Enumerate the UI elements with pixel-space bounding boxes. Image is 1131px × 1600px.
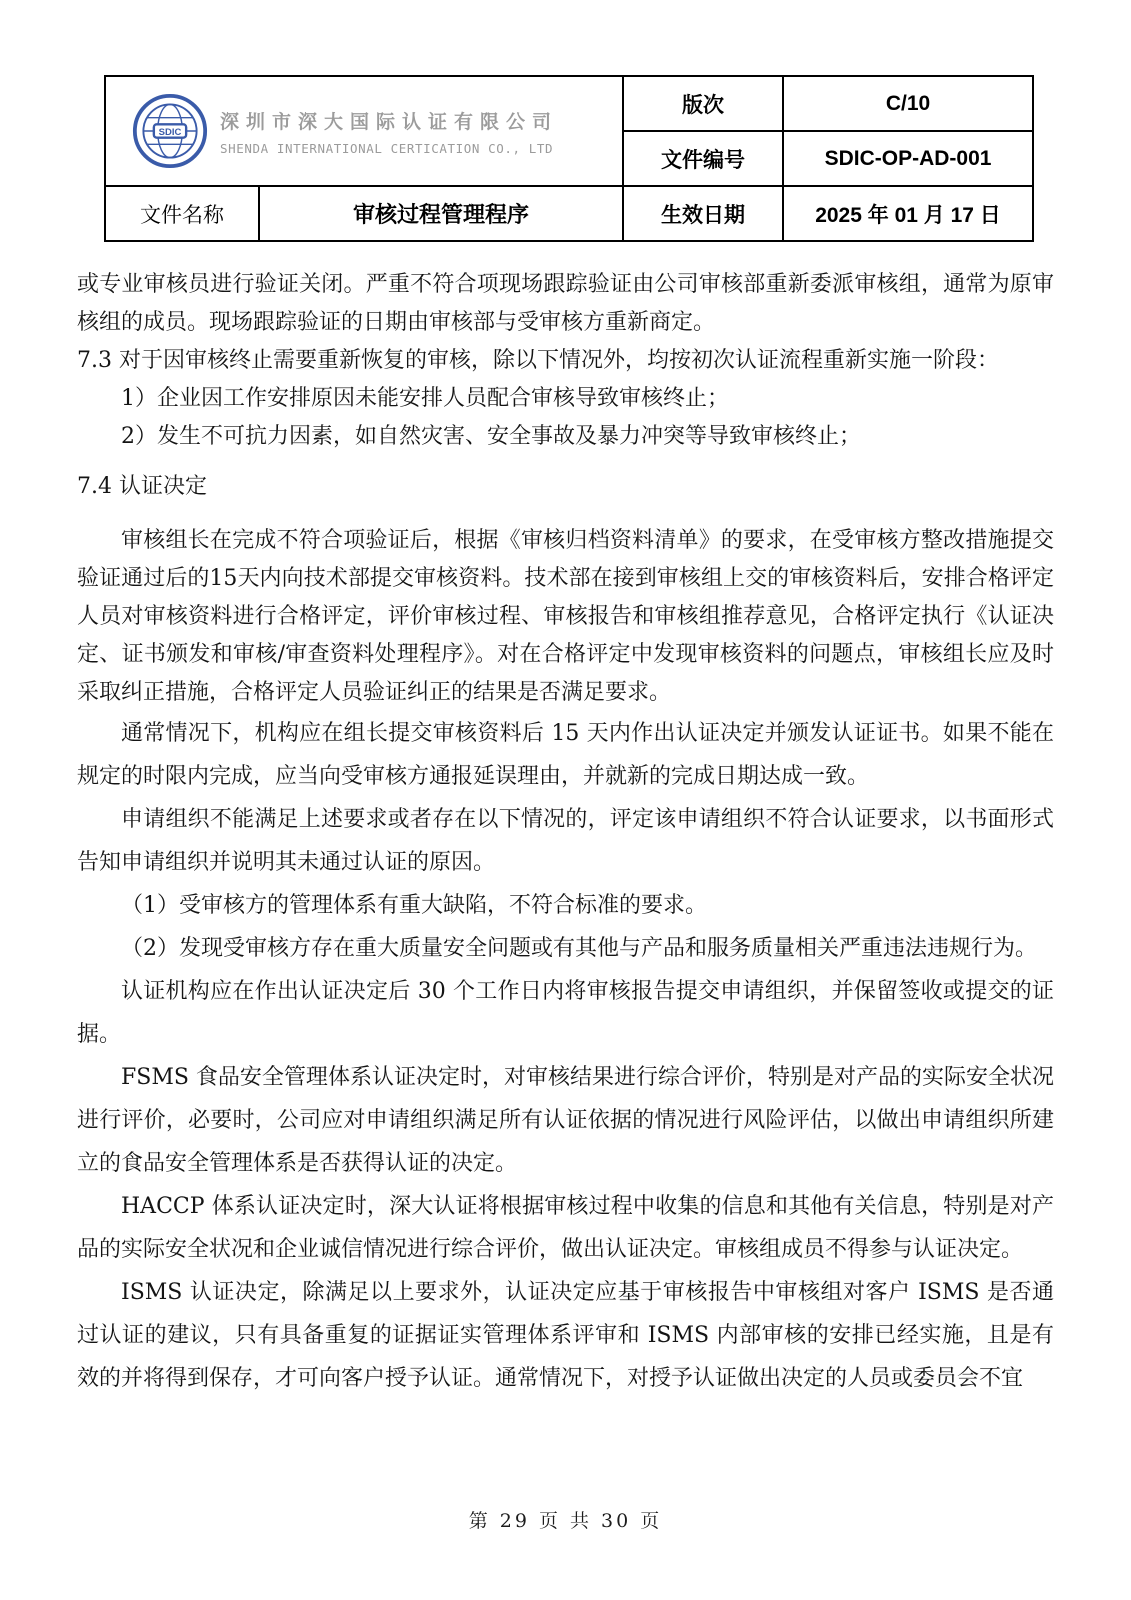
doc-name-value: 审核过程管理程序 [259,186,623,241]
paragraph: FSMS 食品安全管理体系认证决定时，对审核结果进行综合评价，特别是对产品的实际… [77,1056,1054,1185]
version-value: C/10 [783,76,1033,131]
version-label: 版次 [623,76,783,131]
paragraph: 7.4 认证决定 [77,468,1054,506]
paragraph: （1）受审核方的管理体系有重大缺陷，不符合标准的要求。 [77,884,1054,927]
paragraph: （2）发现受审核方存在重大质量安全问题或有其他与产品和服务质量相关严重违法违规行… [77,927,1054,970]
company-name-cn: 深圳市深大国际认证有限公司 [220,107,558,134]
doc-name-label: 文件名称 [105,186,259,241]
doc-number-label: 文件编号 [623,131,783,186]
logo-sdic-text: SDIC [159,127,182,138]
paragraph: 2）发生不可抗力因素，如自然灾害、安全事故及暴力冲突等导致审核终止； [77,418,1054,456]
paragraph: 或专业审核员进行验证关闭。严重不符合项现场跟踪验证由公司审核部重新委派审核组，通… [77,266,1054,342]
paragraph: HACCP 体系认证决定时，深大认证将根据审核过程中收集的信息和其他有关信息，特… [77,1185,1054,1271]
document-body: 或专业审核员进行验证关闭。严重不符合项现场跟踪验证由公司审核部重新委派审核组，通… [77,266,1054,1400]
paragraph: ISMS 认证决定，除满足以上要求外，认证决定应基于审核报告中审核组对客户 IS… [77,1271,1054,1400]
company-header-cell: SDIC 深圳市深大国际认证有限公司 SHENDA INTERNATIONAL … [105,76,623,186]
document-header-table: SDIC 深圳市深大国际认证有限公司 SHENDA INTERNATIONAL … [104,75,1034,242]
page-footer: 第 29 页 共 30 页 [0,1506,1131,1533]
paragraph: 1）企业因工作安排原因未能安排人员配合审核导致审核终止； [77,380,1054,418]
paragraph: 通常情况下，机构应在组长提交审核资料后 15 天内作出认证决定并颁发认证证书。如… [77,712,1054,798]
paragraph: 认证机构应在作出认证决定后 30 个工作日内将审核报告提交申请组织，并保留签收或… [77,970,1054,1056]
company-logo-icon: SDIC [132,93,208,169]
company-name-en: SHENDA INTERNATIONAL CERTICATION CO., LT… [220,141,558,156]
effective-date-value: 2025 年 01 月 17 日 [783,186,1033,241]
paragraph: 7.3 对于因审核终止需要重新恢复的审核，除以下情况外，均按初次认证流程重新实施… [77,342,1054,380]
paragraph: 审核组长在完成不符合项验证后，根据《审核归档资料清单》的要求，在受审核方整改措施… [77,522,1054,712]
document-page: SDIC 深圳市深大国际认证有限公司 SHENDA INTERNATIONAL … [0,0,1131,1600]
paragraph: 申请组织不能满足上述要求或者存在以下情况的，评定该申请组织不符合认证要求，以书面… [77,798,1054,884]
doc-number-value: SDIC-OP-AD-001 [783,131,1033,186]
effective-date-label: 生效日期 [623,186,783,241]
